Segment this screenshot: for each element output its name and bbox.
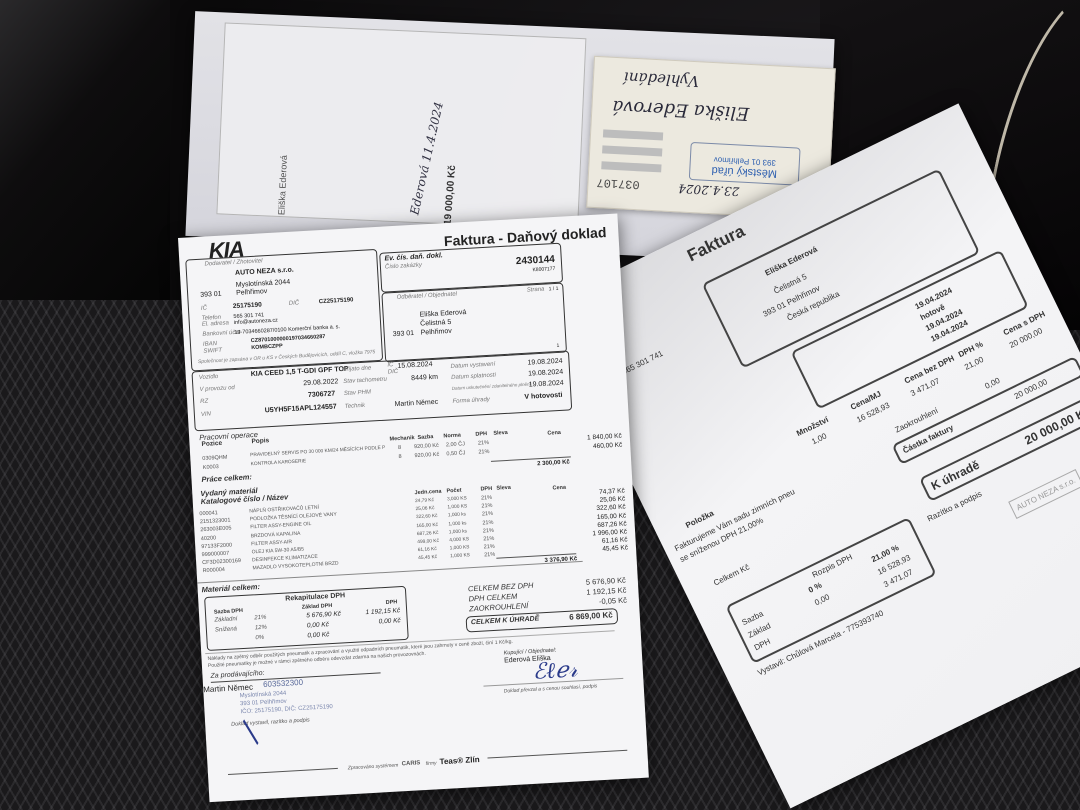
col-vat: DPH: [475, 431, 487, 438]
supplier-city: Pelhřimov: [236, 288, 267, 297]
receipt-handwriting: Eliška Ederová: [612, 96, 750, 124]
supplier-iban: CZ8701000000197034660287: [251, 334, 326, 344]
customer-label: Odběratel / Objednatel: [397, 292, 458, 301]
material-vat: 21%: [481, 495, 492, 502]
material-quantity: 1,000 KS: [450, 545, 470, 551]
amount-due-value: 20 000,00 Kč: [1022, 403, 1080, 447]
fuel-label: Stav PHM: [344, 389, 371, 396]
col-position: Pozice: [201, 440, 222, 448]
kia-invoice: KIA Faktura - Daňový doklad Dodavatel / …: [178, 213, 649, 802]
vat-rate-name: Základní: [214, 616, 237, 623]
material-price: 165,00 Kč: [597, 512, 627, 521]
col-norm: Norma: [443, 433, 461, 440]
supplier-box: Dodavatel / Zhotovitel AUTO NEZA s.r.o. …: [185, 249, 383, 372]
material-code: 2151323001: [200, 518, 231, 526]
row-value: 1,00: [810, 431, 828, 446]
labor-norm: 0,50 ČJ: [446, 450, 465, 457]
ico-label: IČ: [201, 305, 207, 311]
vat-rate: 0%: [255, 635, 264, 641]
labor-total-label: Práce celkem:: [201, 472, 252, 484]
in-service-date: 29.08.2022: [303, 378, 338, 387]
material-price: 25,06 Kč: [599, 496, 625, 504]
supplier-label: Dodavatel / Zhotovitel: [204, 258, 262, 267]
material-unit-price: 61,16 Kč: [418, 547, 437, 553]
door-panel: [0, 0, 170, 300]
municipal-office-stamp: Městský úřad 393 01 Pelhřimov: [689, 142, 801, 186]
material-vat: 21%: [483, 528, 494, 535]
in-service-label: V provozu od: [199, 385, 235, 393]
labor-mechanic: 8: [398, 445, 401, 451]
divider: [228, 768, 338, 775]
labor-position: 0309QHM: [202, 455, 227, 462]
material-vat: 21%: [484, 544, 495, 551]
material-price: 74,37 Kč: [599, 487, 625, 495]
customer-name: Eliška Ederová: [419, 309, 466, 319]
iban-label: IBAN: [203, 341, 217, 348]
material-code: 97133F2000: [201, 542, 232, 550]
order-label: Číslo zakázky: [385, 262, 422, 270]
rz-label: RZ: [200, 399, 208, 405]
company-stamp: AUTO NEZA s.r.o.: [1008, 469, 1080, 519]
customer-street: Čelistná 5: [420, 319, 451, 328]
supplier-zip: 393 01: [200, 291, 222, 299]
material-quantity: 1,000 KS: [450, 554, 470, 560]
col-unit-price: Jedn.cena: [414, 489, 441, 496]
footer-processed-by: Zpracováno systémem: [348, 763, 399, 772]
material-price: 322,60 Kč: [596, 504, 626, 513]
labor-price: 1 840,00 Kč: [587, 433, 622, 442]
due-label: Datum splatnosti: [451, 372, 496, 380]
col-description: Popis: [251, 437, 269, 445]
doc-number: 2430144: [516, 254, 555, 267]
license-plate: 7306727: [308, 390, 336, 399]
material-vat: 21%: [481, 503, 492, 510]
page-label: Strana: [527, 287, 545, 294]
row-value: 21,00: [963, 355, 985, 372]
supplier-ico: 25175190: [233, 301, 262, 310]
customer-zip: 393 01: [393, 330, 415, 338]
email-label: El. adresa: [202, 320, 229, 327]
rounding-value: 0,00: [983, 376, 1001, 391]
material-quantity: 4,000 KS: [449, 537, 469, 543]
labor-price: 460,00 Kč: [593, 442, 623, 451]
supplier-email: info@autoneza.cz: [234, 318, 278, 326]
material-code: 40200: [201, 535, 217, 542]
received-label: Přijato dne: [342, 365, 371, 373]
sleeve-inner-document: [216, 22, 586, 230]
payment-method: V hotovosti: [524, 392, 562, 401]
col-discount: Sleva: [496, 485, 511, 492]
material-name: FILTER ASSY-AIR: [251, 539, 292, 547]
material-code: CF3D02300169: [202, 558, 241, 566]
amount-due: 6 869,00 Kč: [569, 610, 613, 621]
odometer-label: Stav tachometru: [343, 377, 387, 385]
received-date: 15.08.2024: [397, 361, 432, 370]
vat-base-header: Základ DPH: [302, 603, 333, 611]
due-date: 19.08.2024: [528, 369, 563, 378]
footer-system: CARIS: [402, 760, 421, 767]
swift-label: SWIFT: [203, 348, 222, 355]
vat-rate: 12%: [255, 625, 267, 632]
footer-company-label: firmy: [426, 760, 437, 767]
footer-company: Teas® Zlín: [439, 755, 479, 766]
material-price: 45,45 Kč: [602, 545, 628, 553]
invoice-amount-value: 20 000,00: [1013, 377, 1049, 401]
vat-rate: 21%: [254, 615, 266, 622]
material-price: 61,16 Kč: [602, 537, 628, 545]
vat-recap-title: Rekapitulace DPH: [285, 592, 345, 602]
material-unit-price: 687,26 Kč: [417, 531, 439, 537]
material-unit-price: 24,79 Kč: [415, 498, 434, 504]
material-code: R000004: [202, 567, 225, 574]
issued-date: 19.08.2024: [527, 358, 562, 367]
vat-amount: 0,00 Kč: [379, 617, 401, 625]
rounding-value: -0,05 Kč: [599, 596, 627, 607]
customer-city: Pelhřimov: [420, 328, 451, 337]
material-unit-price: 499,00 Kč: [417, 539, 439, 545]
seller-phone: 603532300: [263, 678, 303, 689]
technician: Martin Němec: [394, 399, 438, 408]
material-quantity: 1,000 ks: [448, 521, 466, 527]
material-quantity: 3,000 KS: [447, 496, 467, 502]
buyer-sign-caption: Doklad převzal a s cenou souhlasí, podpi…: [504, 683, 598, 694]
payment-label: Forma úhrady: [452, 397, 490, 405]
model-label: Vozidlo: [199, 374, 219, 381]
labor-vat: 21%: [478, 449, 489, 456]
material-vat: 21%: [483, 536, 494, 543]
customer-name: Eliška Ederová: [764, 245, 819, 278]
col-quantity: Počet: [446, 488, 461, 495]
receipt-field: [603, 129, 663, 140]
vat-base: 5 676,90 Kč: [306, 610, 341, 619]
receipt-field: [601, 161, 661, 172]
seller-stamp-line: 393 01 Pelhřimov: [240, 699, 287, 708]
receipt-field: [602, 145, 662, 156]
material-quantity: 1,000 ks: [449, 529, 467, 535]
supplier-phone: 565 301 741: [620, 349, 664, 377]
receipt-handwriting: Vyhledání: [624, 68, 700, 90]
taxable-label: Datum uskutečnění zdanitelného plnění: [452, 382, 531, 391]
material-unit-price: 45,45 Kč: [418, 555, 437, 561]
page-number: 1 / 1: [549, 286, 559, 293]
doc-number-label: Ev. čís. daň. dokl.: [384, 252, 443, 262]
material-vat: 21%: [482, 511, 493, 518]
customer-box: Odběratel / Objednatel Strana 1 / 1 Eliš…: [381, 283, 567, 363]
seller-stamp-line: Myslotínská 2044: [240, 691, 287, 700]
vat-breakdown-title: Rozpis DPH: [811, 552, 854, 579]
odometer: 8449 km: [411, 374, 438, 382]
divider: [487, 750, 627, 759]
vat-amount: 1 192,15 Kč: [365, 607, 400, 616]
material-quantity: 1,000 KS: [447, 504, 467, 510]
vat-rate: 0 %: [807, 581, 823, 595]
vat-base: 0,00 Kč: [307, 621, 329, 629]
total-without-vat-label: CELKEM BEZ DPH: [468, 581, 534, 594]
material-price: 687,26 Kč: [597, 520, 627, 529]
labor-rate: 920,00 Kč: [414, 443, 439, 450]
vehicle-count: 1: [556, 343, 559, 349]
order-number: K8007177: [532, 266, 555, 273]
supplier-dic: CZ25175190: [319, 297, 354, 305]
vin-label: VIN: [201, 411, 211, 418]
dic-label: DIČ: [289, 300, 300, 307]
material-code: 999000007: [202, 551, 230, 559]
supplier-swift: KOMBCZPP: [251, 343, 283, 351]
material-total-label: Materiál celkem:: [201, 582, 260, 594]
vat-col: DPH: [753, 637, 772, 652]
labor-position: K0003: [203, 464, 219, 471]
vehicle-model: KIA CEED 1,5 T-GDI GPF TOP: [251, 366, 349, 378]
vat-recap-box: Rekapitulace DPH Sazba DPH Základ DPH DP…: [204, 586, 409, 651]
supplier-name: AUTO NEZA s.r.o.: [235, 267, 294, 277]
technician-label: Technik: [345, 403, 366, 410]
vat-base: 0,00: [813, 592, 831, 607]
material-unit-price: 165,00 Kč: [416, 523, 438, 529]
col-rate: Sazba: [417, 434, 433, 441]
labor-vat: 21%: [478, 440, 489, 447]
labor-mechanic: 8: [398, 454, 401, 460]
labor-norm: 2,00 ČJ: [446, 441, 465, 448]
vat-rate-name: Snížená: [215, 626, 237, 633]
labor-rate: 920,00 Kč: [414, 452, 439, 459]
receipt-date: 23.4.2024: [678, 181, 740, 198]
amount-due-label: CELKEM K ÚHRADĚ: [471, 615, 540, 626]
receipt-number: 037107: [596, 175, 640, 191]
material-code: 263003E005: [200, 526, 231, 534]
vat-base: 0,00 Kč: [307, 631, 329, 639]
material-unit-price: 322,60 Kč: [416, 514, 438, 520]
rounding-label: ZAOKROUHLENÍ: [469, 601, 529, 613]
material-code: 000041: [199, 510, 218, 517]
labor-total: 2 300,00 Kč: [537, 459, 570, 467]
total-label: Celkem Kč: [712, 563, 751, 588]
material-vat: 21%: [482, 519, 493, 526]
material-vat: 21%: [484, 552, 495, 559]
vat-header: DPH: [386, 599, 398, 606]
vat-rate-header: Sazba DPH: [214, 608, 243, 616]
issued-label: Datum vystavení: [450, 361, 495, 369]
material-name: BRZDOVÁ KAPALINA: [251, 530, 301, 539]
material-quantity: 1,000 ks: [448, 513, 466, 519]
col-vat: DPH: [480, 486, 492, 493]
col-mechanic: Mechanik: [389, 435, 414, 442]
vin: U5YH5F15APL124557: [265, 403, 337, 414]
col-discount: Sleva: [493, 430, 508, 437]
amount-due-label: K úhradě: [929, 458, 982, 493]
taxable-date: 19.08.2024: [529, 380, 564, 389]
material-unit-price: 25,06 Kč: [415, 506, 434, 512]
